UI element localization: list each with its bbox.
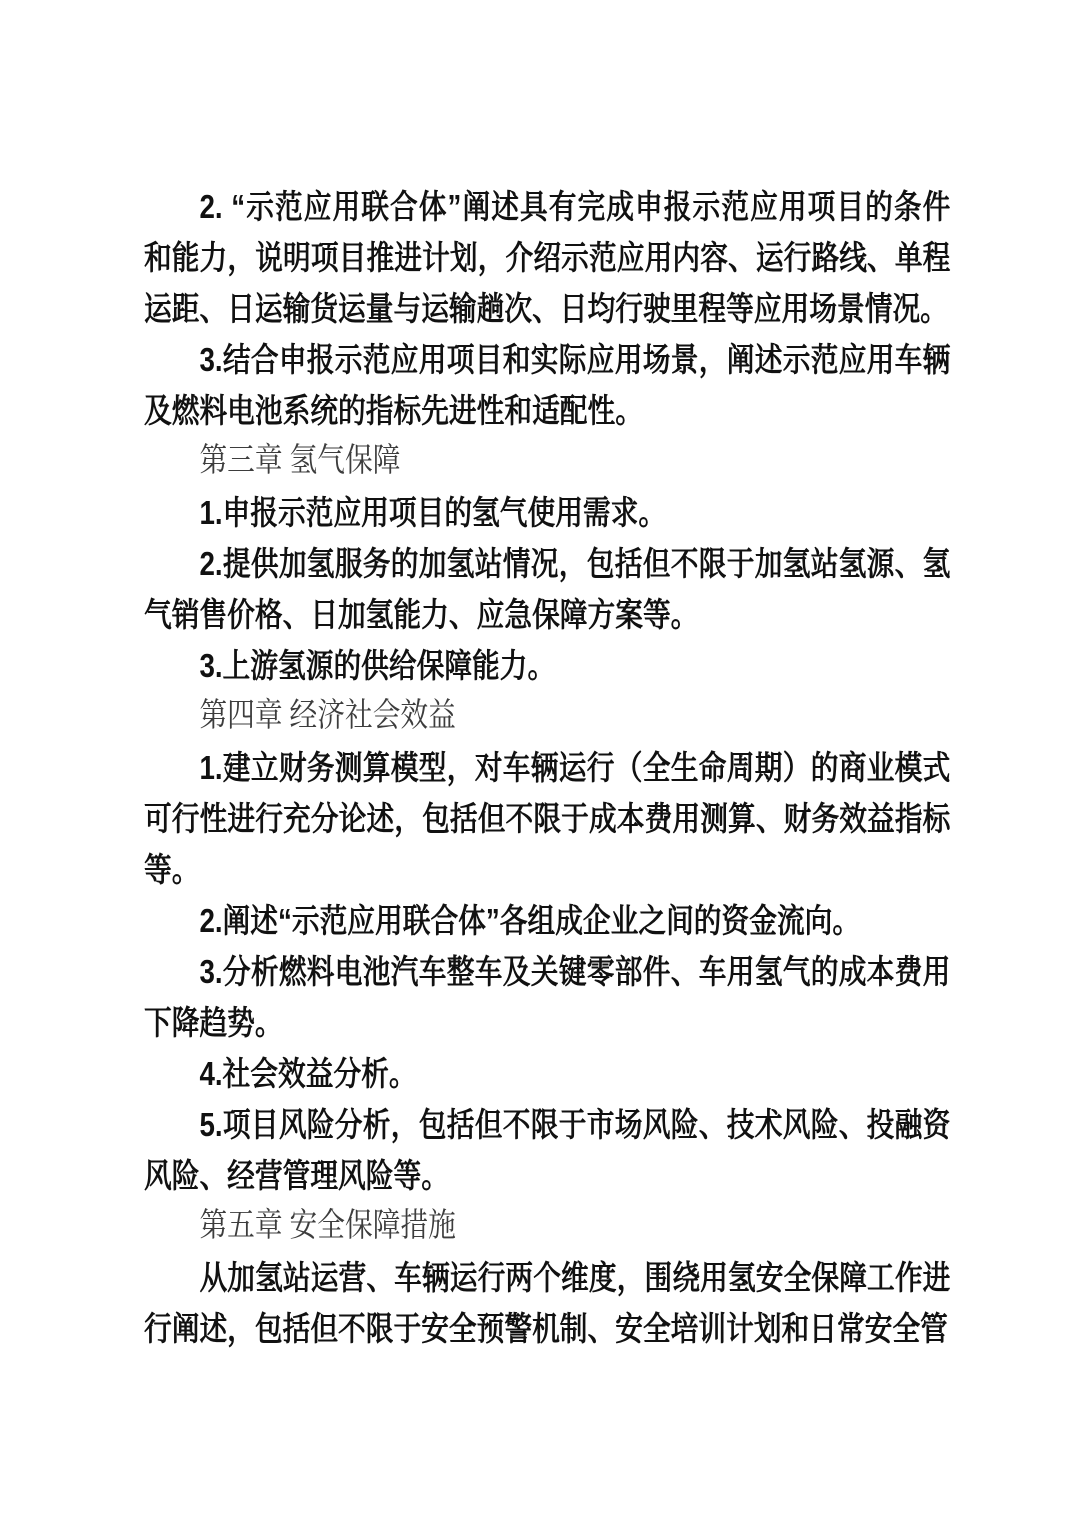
document-page: 2. “示范应用联合体”阐述具有完成申报示范应用项目的条件和能力，说明项目推进计… xyxy=(0,0,1080,1528)
body-paragraph: 3.上游氢源的供给保障能力。 xyxy=(144,640,950,691)
body-paragraph: 2.提供加氢服务的加氢站情况，包括但不限于加氢站氢源、氢气销售价格、日加氢能力、… xyxy=(144,538,950,640)
body-paragraph: 4.社会效益分析。 xyxy=(144,1048,950,1099)
document-body: 2. “示范应用联合体”阐述具有完成申报示范应用项目的条件和能力，说明项目推进计… xyxy=(144,181,950,1354)
body-paragraph: 从加氢站运营、车辆运行两个维度，围绕用氢安全保障工作进行阐述，包括但不限于安全预… xyxy=(144,1252,950,1354)
chapter-heading: 第三章 氢气保障 xyxy=(144,436,950,487)
chapter-heading: 第五章 安全保障措施 xyxy=(144,1201,950,1252)
body-paragraph: 2.阐述“示范应用联合体”各组成企业之间的资金流向。 xyxy=(144,895,950,946)
body-paragraph: 1.申报示范应用项目的氢气使用需求。 xyxy=(144,487,950,538)
chapter-heading: 第四章 经济社会效益 xyxy=(144,691,950,742)
body-paragraph: 1.建立财务测算模型，对车辆运行（全生命周期）的商业模式可行性进行充分论述，包括… xyxy=(144,742,950,895)
body-paragraph: 3.分析燃料电池汽车整车及关键零部件、车用氢气的成本费用下降趋势。 xyxy=(144,946,950,1048)
body-paragraph: 2. “示范应用联合体”阐述具有完成申报示范应用项目的条件和能力，说明项目推进计… xyxy=(144,181,950,334)
body-paragraph: 3.结合申报示范应用项目和实际应用场景，阐述示范应用车辆及燃料电池系统的指标先进… xyxy=(144,334,950,436)
body-paragraph: 5.项目风险分析，包括但不限于市场风险、技术风险、投融资风险、经营管理风险等。 xyxy=(144,1099,950,1201)
